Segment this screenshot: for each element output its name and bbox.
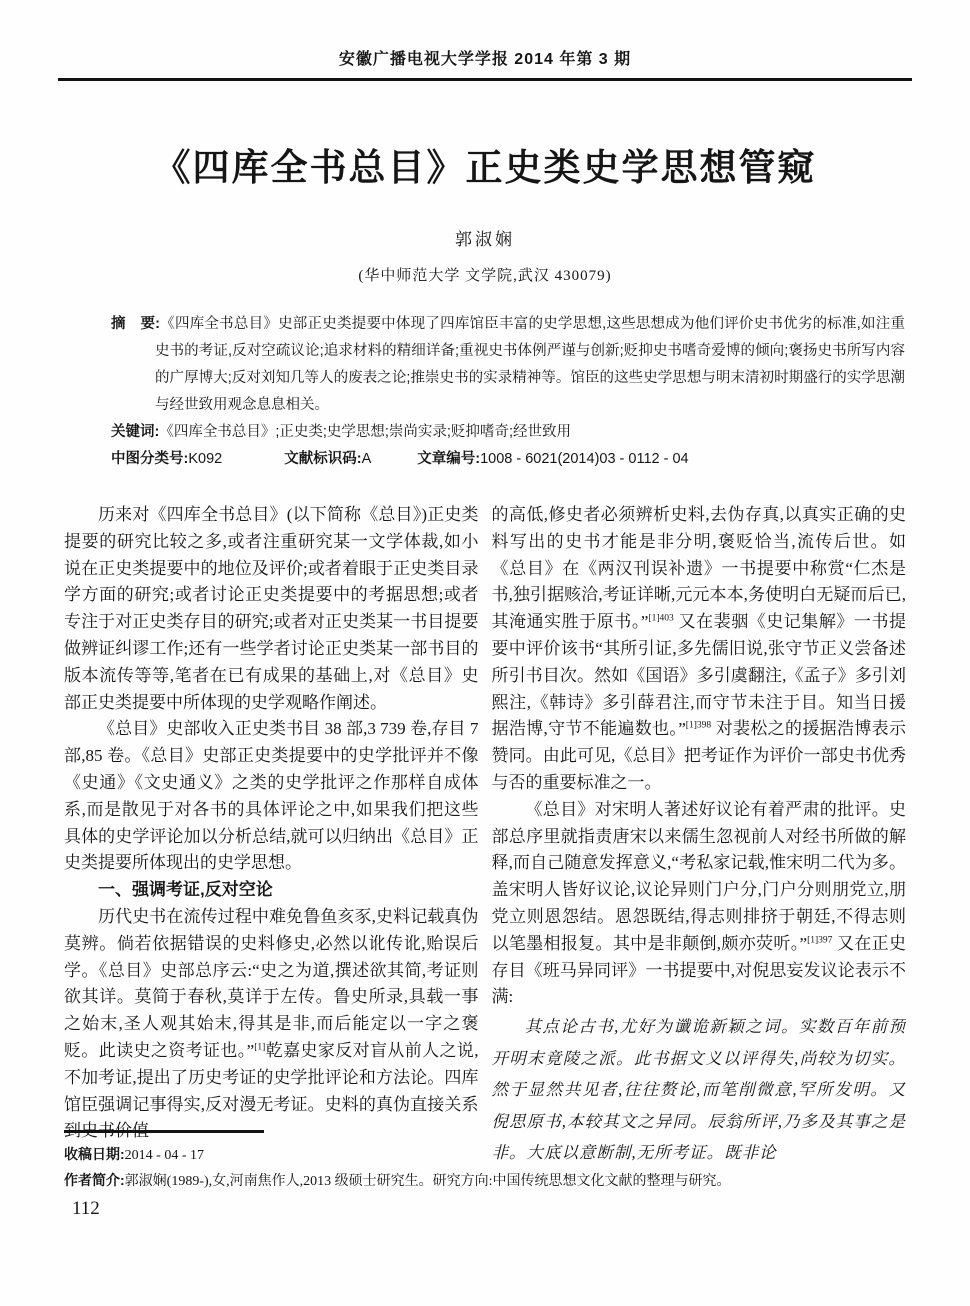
footnote-rule (64, 1130, 264, 1133)
paragraph: 《总目》对宋明人著述好议论有着严肃的批评。史部总序里就指责唐宋以来儒生忽视前人对… (492, 797, 907, 1011)
clc-label: 中图分类号: (111, 451, 188, 467)
abstract: 摘 要:《四库全书总目》史部正史类提要中体现了四库馆臣丰富的史学思想,这些思想成… (111, 311, 905, 419)
doc-code-label: 文献标识码: (284, 451, 361, 467)
article-no-label: 文章编号: (417, 451, 480, 467)
article-no-value: 1008 - 6021(2014)03 - 0112 - 04 (480, 451, 689, 467)
classification-line: 中图分类号:K092 文献标识码:A 文章编号:1008 - 6021(2014… (111, 446, 905, 473)
abstract-label: 摘 要: (111, 316, 160, 332)
received-date-line: 收稿日期:2014 - 04 - 17 (64, 1142, 906, 1168)
clc-value: K092 (188, 451, 222, 467)
author-bio-line: 作者简介:郭淑娴(1989-),女,河南焦作人,2013 级硕士研究生。研究方向… (64, 1168, 906, 1194)
page-number: 112 (72, 1198, 100, 1220)
author-affiliation: (华中师范大学 文学院,武汉 430079) (64, 264, 906, 285)
citation-superscript: [1] (254, 1042, 265, 1052)
keywords-text: 《四库全书总目》;正史类;史学思想;崇尚实录;贬抑嗜奇;经世致用 (159, 424, 571, 440)
paragraph: 《总目》史部收入正史类书目 38 部,3 739 卷,存目 7 部,85 卷。《… (64, 716, 479, 877)
citation-superscript: [1]403 (648, 614, 673, 624)
author-bio-label: 作者简介: (64, 1172, 125, 1188)
keywords: 关键词:《四库全书总目》;正史类;史学思想;崇尚实录;贬抑嗜奇;经世致用 (111, 419, 905, 446)
left-column: 历来对《四库全书总目》(以下简称《总目》)正史类提要的研究比较之多,或者注重研究… (64, 502, 479, 1178)
footnote-block: 收稿日期:2014 - 04 - 17 作者简介:郭淑娴(1989-),女,河南… (64, 1130, 906, 1194)
citation-superscript: [1]397 (807, 935, 832, 945)
keywords-label: 关键词: (111, 424, 159, 440)
received-date-value: 2014 - 04 - 17 (125, 1148, 204, 1163)
journal-running-head: 安徽广播电视大学学报 2014 年第 3 期 (64, 0, 906, 69)
front-matter: 摘 要:《四库全书总目》史部正史类提要中体现了四库馆臣丰富的史学思想,这些思想成… (111, 311, 905, 473)
paragraph: 历代史书在流传过程中难免鲁鱼亥豕,史料记载真伪莫辨。倘若依据错误的史料修史,必然… (64, 904, 479, 1145)
clc-group: 中图分类号:K092 (111, 446, 222, 473)
section-heading: 一、强调考证,反对空论 (64, 877, 479, 904)
paragraph: 历来对《四库全书总目》(以下简称《总目》)正史类提要的研究比较之多,或者注重研究… (64, 502, 479, 716)
article-no-group: 文章编号:1008 - 6021(2014)03 - 0112 - 04 (417, 446, 688, 473)
right-column: 的高低,修史者必须辨析史料,去伪存真,以真实正确的史料写出的史书才能是非分明,褒… (492, 502, 907, 1178)
body-columns: 历来对《四库全书总目》(以下简称《总目》)正史类提要的研究比较之多,或者注重研究… (64, 502, 906, 1178)
article-title: 《四库全书总目》正史类史学思想管窥 (64, 137, 906, 191)
doc-code-group: 文献标识码:A (284, 446, 371, 473)
header-rule (58, 78, 912, 81)
citation-superscript: [1]398 (686, 721, 711, 731)
author-name: 郭淑娴 (64, 225, 906, 250)
journal-page: 安徽广播电视大学学报 2014 年第 3 期 《四库全书总目》正史类史学思想管窥… (0, 0, 970, 1306)
received-date-label: 收稿日期: (64, 1146, 125, 1162)
abstract-text: 《四库全书总目》史部正史类提要中体现了四库馆臣丰富的史学思想,这些思想成为他们评… (155, 316, 905, 413)
doc-code-value: A (362, 451, 372, 467)
paragraph: 的高低,修史者必须辨析史料,去伪存真,以真实正确的史料写出的史书才能是非分明,褒… (492, 502, 907, 797)
author-bio-value: 郭淑娴(1989-),女,河南焦作人,2013 级硕士研究生。研究方向:中国传统… (125, 1174, 731, 1189)
